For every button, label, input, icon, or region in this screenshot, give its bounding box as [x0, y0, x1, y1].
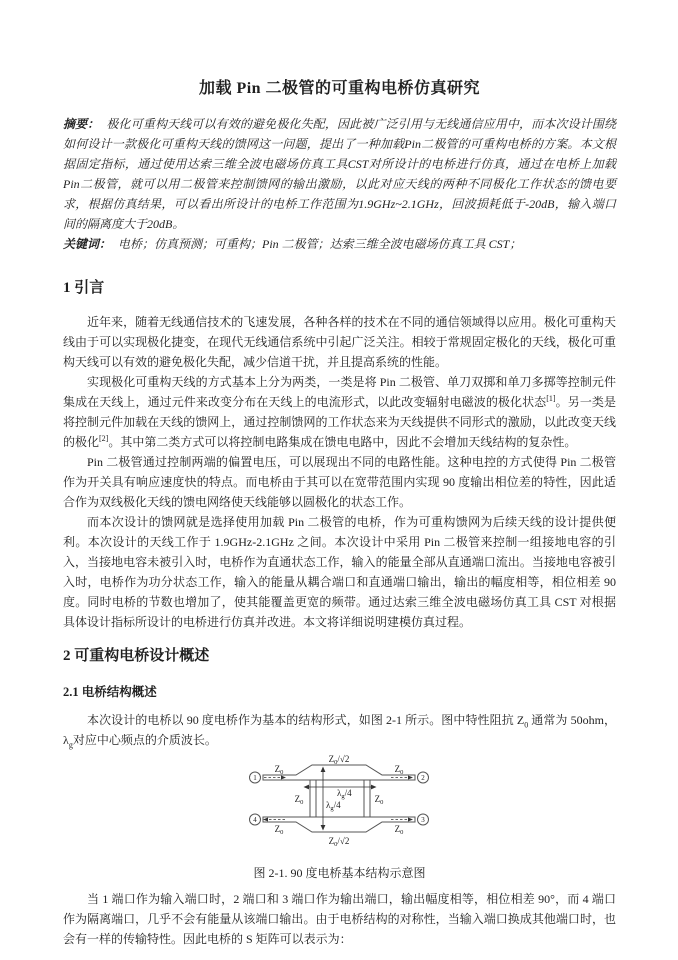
- abstract-text: 极化可重构天线可以有效的避免极化失配，因此被广泛引用与无线通信应用中，而本次设计…: [63, 117, 616, 231]
- port-2-number: 2: [421, 774, 425, 782]
- impedance-label-right-branch: Z0: [374, 794, 383, 806]
- paragraph-intro-2-text: 。其中第二类方式可以将控制电路集成在馈电电路中，因此不会增加天线结构的复杂性。: [108, 435, 576, 449]
- impedance-label-top-middle: Z0/√2: [328, 754, 349, 766]
- port-4-number: 4: [253, 816, 257, 824]
- keywords: 关键词：电桥；仿真预测；可重构；Pin 二极管；达索三维全波电磁场仿真工具 CS…: [63, 234, 616, 254]
- figure-2-1: 1 2 3 4 Z0 Z0 Z0/√2 Z0 Z0 Z0 Z0 Z0/√2 λg…: [63, 754, 616, 881]
- paper-page: 加载 Pin 二极管的可重构电桥仿真研究 摘要：极化可重构天线可以有效的避免极化…: [0, 0, 678, 960]
- paragraph-intro-2: 实现极化可重构天线的方式基本上分为两类，一类是将 Pin 二极管、单刀双掷和单刀…: [63, 372, 616, 452]
- impedance-label-bottom-right: Z0: [394, 824, 403, 836]
- section-2-1-heading: 2.1 电桥结构概述: [63, 684, 616, 700]
- keywords-label: 关键词：: [63, 237, 111, 251]
- paragraph-intro-3: Pin 二极管通过控制两端的偏置电压，可以展现出不同的电路性能。这种电控的方式使…: [63, 452, 616, 512]
- section-2-heading: 2 可重构电桥设计概述: [63, 646, 616, 666]
- abstract-label: 摘要：: [63, 117, 99, 131]
- keywords-text: 电桥；仿真预测；可重构；Pin 二极管；达索三维全波电磁场仿真工具 CST；: [118, 237, 521, 251]
- port-1-number: 1: [253, 774, 257, 782]
- citation-ref-1: [1]: [546, 394, 555, 403]
- impedance-label-left-branch: Z0: [294, 794, 303, 806]
- left-branch-line: [310, 780, 316, 817]
- quarter-wave-label-horizontal: λg/4: [337, 788, 352, 800]
- figure-caption: 图 2-1. 90 度电桥基本结构示意图: [63, 865, 616, 881]
- section-1-heading: 1 引言: [63, 278, 616, 298]
- abstract: 摘要：极化可重构天线可以有效的避免极化失配，因此被广泛引用与无线通信应用中，而本…: [63, 114, 616, 234]
- impedance-label-top-right: Z0: [394, 764, 403, 776]
- impedance-label-bottom-left: Z0: [274, 824, 283, 836]
- branchline-coupler-diagram: 1 2 3 4 Z0 Z0 Z0/√2 Z0 Z0 Z0 Z0 Z0/√2 λg…: [233, 754, 447, 858]
- port-3-number: 3: [421, 816, 425, 824]
- paper-title: 加载 Pin 二极管的可重构电桥仿真研究: [63, 78, 616, 100]
- quarter-wave-label-vertical: λg/4: [326, 800, 341, 812]
- citation-ref-2: [2]: [99, 434, 108, 443]
- arrow-right-icon: [371, 785, 377, 790]
- impedance-label-bottom-middle: Z0/√2: [328, 836, 349, 848]
- paragraph-intro-2-text: 实现极化可重构天线的方式基本上分为两类，一类是将 Pin 二极管、单刀双掷和单刀…: [63, 375, 616, 409]
- paragraph-bridge-text: 对应中心频点的介质波长。: [73, 733, 217, 747]
- paragraph-port-behavior: 当 1 端口作为输入端口时，2 端口和 3 端口作为输出端口，输出幅度相等，相位…: [63, 889, 616, 949]
- arrow-left-icon: [303, 785, 309, 790]
- paragraph-bridge-text: 本次设计的电桥以 90 度电桥作为基本的结构形式，如图 2-1 所示。图中特性阻…: [87, 713, 524, 727]
- paragraph-intro-1: 近年来，随着无线通信技术的飞速发展，各种各样的技术在不同的通信领域得以应用。极化…: [63, 312, 616, 372]
- paragraph-bridge-structure: 本次设计的电桥以 90 度电桥作为基本的结构形式，如图 2-1 所示。图中特性阻…: [63, 710, 616, 750]
- right-branch-line: [364, 780, 370, 817]
- impedance-label-top-left: Z0: [274, 764, 283, 776]
- paragraph-intro-4: 而本次设计的馈网就是选择使用加载 Pin 二极管的电桥，作为可重构馈网为后续天线…: [63, 512, 616, 632]
